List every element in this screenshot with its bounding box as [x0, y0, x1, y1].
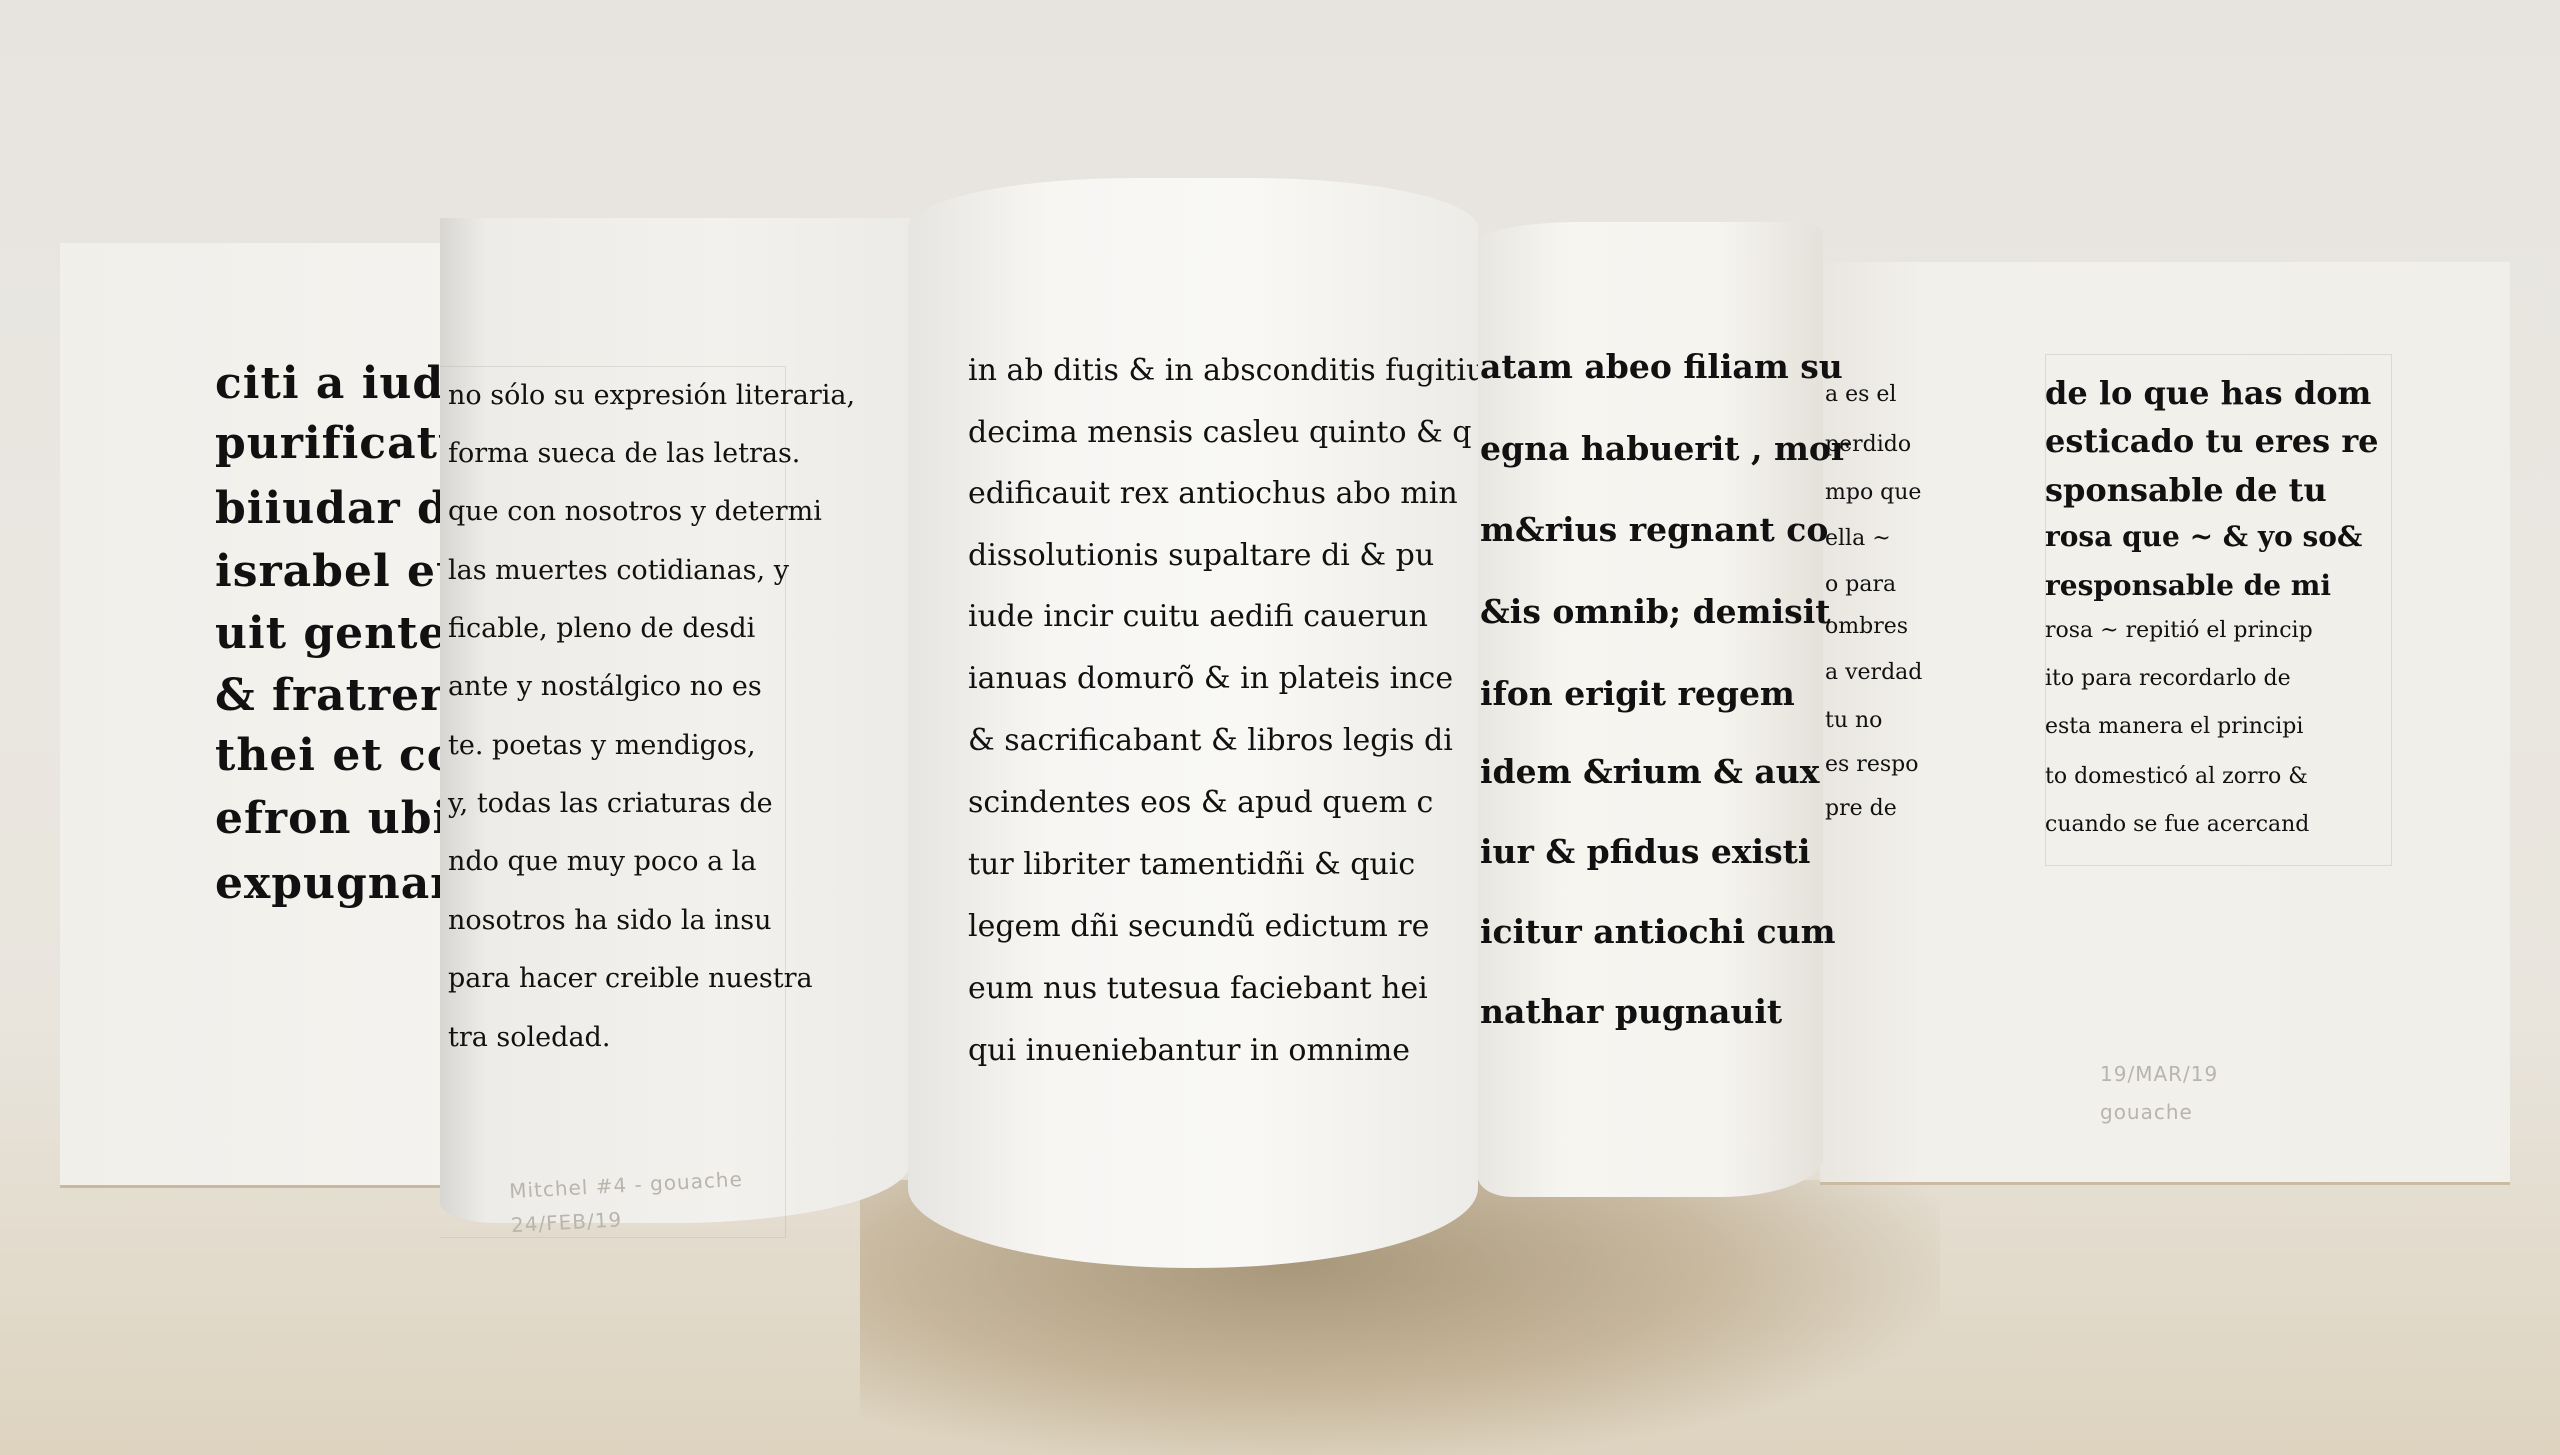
- text-line: a verdad: [1825, 660, 1922, 685]
- text-line: mpo que: [1825, 480, 1921, 505]
- curled-page-two: no sólo su expresión literaria, forma su…: [440, 218, 910, 1223]
- text-line: scindentes eos & apud quem c: [968, 785, 1433, 820]
- text-line: ndo que muy poco a la: [448, 846, 756, 877]
- text-line: edificauit rex antiochus abo min: [968, 476, 1458, 511]
- pencil-date: 19/MAR/19: [2100, 1062, 2218, 1086]
- pencil-signature: Mitchel #4 - gouache 24/FEB/19: [509, 1167, 746, 1237]
- text-line: nosotros ha sido la insu: [448, 905, 771, 936]
- text-line: tra soledad.: [448, 1022, 610, 1053]
- text-line: no sólo su expresión literaria,: [448, 380, 855, 411]
- text-line: o para: [1825, 572, 1896, 597]
- text-line: to domesticó al zorro &: [2045, 764, 2308, 789]
- text-line: m&rius regnant co: [1480, 510, 1828, 549]
- text-line: egna habuerit , mor: [1480, 429, 1848, 468]
- text-line: rosa ~ repitió el princip: [2045, 618, 2313, 643]
- text-line: decima mensis casleu quinto & q: [968, 415, 1472, 450]
- text-line: legem dñi secundũ edictum re: [968, 909, 1429, 944]
- text-line: biiudar de: [215, 483, 478, 534]
- curled-page-four: atam abeo filiam su egna habuerit , mor …: [1478, 222, 1823, 1197]
- text-line: ifon erigit regem: [1480, 674, 1795, 713]
- left-calligraphy-sheet: citi a iuda purificatte biiudar de israb…: [60, 243, 480, 1188]
- text-line: rosa que ~ & yo so&: [2045, 520, 2362, 553]
- text-line: ante y nostálgico no es: [448, 671, 762, 702]
- text-line: idem &rium & aux: [1480, 752, 1819, 791]
- text-line: para hacer creible nuestra: [448, 963, 813, 994]
- text-line: dissolutionis supaltare di & pu: [968, 538, 1434, 573]
- text-line: ito para recordarlo de: [2045, 666, 2291, 691]
- text-line: de lo que has dom: [2045, 374, 2371, 412]
- text-line: forma sueca de las letras.: [448, 438, 800, 469]
- text-line: pre de: [1825, 796, 1897, 821]
- text-line: icitur antiochi cum: [1480, 912, 1836, 951]
- text-line: ianuas domurõ & in plateis ince: [968, 661, 1453, 696]
- text-line: que con nosotros y determi: [448, 496, 822, 527]
- text-line: te. poetas y mendigos,: [448, 730, 756, 761]
- text-line: esta manera el principi: [2045, 714, 2303, 739]
- text-line: ombres: [1825, 614, 1908, 639]
- text-line: citi a iuda: [215, 358, 474, 409]
- text-line: esticado tu eres re: [2045, 422, 2379, 460]
- text-line: iude incir cuitu aedifi cauerun: [968, 599, 1428, 634]
- text-line: las muertes cotidianas, y: [448, 555, 789, 586]
- text-line: qui inueniebantur in omnime: [968, 1033, 1410, 1068]
- text-line: iur & pfidus existi: [1480, 832, 1810, 871]
- pencil-medium: gouache: [2100, 1100, 2218, 1124]
- text-line: ficable, pleno de desdi: [448, 613, 755, 644]
- curled-page-three: in ab ditis & in absconditis fugitiuo de…: [908, 178, 1478, 1268]
- text-line: atam abeo filiam su: [1480, 347, 1843, 386]
- pencil-signature: 19/MAR/19 gouache: [2100, 1062, 2218, 1124]
- text-line: israbel et: [215, 546, 457, 597]
- text-line: es respo: [1825, 752, 1918, 777]
- text-line: &is omnib; demisit: [1480, 592, 1830, 631]
- right-calligraphy-sheet: a es el perdido mpo que ella ~ o para om…: [1820, 262, 2510, 1185]
- text-line: ella ~: [1825, 526, 1891, 551]
- text-line: & sacrificabant & libros legis di: [968, 723, 1453, 758]
- text-line: nathar pugnauit: [1480, 992, 1782, 1031]
- text-line: cuando se fue acercand: [2045, 812, 2309, 837]
- text-line: responsable de mi: [2045, 569, 2331, 602]
- text-line: y, todas las criaturas de: [448, 788, 773, 819]
- text-line: in ab ditis & in absconditis fugitiuo: [968, 353, 1503, 388]
- text-line: tur libriter tamentidñi & quic: [968, 847, 1415, 882]
- text-line: eum nus tutesua faciebant hei: [968, 971, 1428, 1006]
- text-line: sponsable de tu: [2045, 471, 2327, 509]
- text-line: uit genter: [215, 608, 472, 659]
- text-line: tu no: [1825, 708, 1882, 733]
